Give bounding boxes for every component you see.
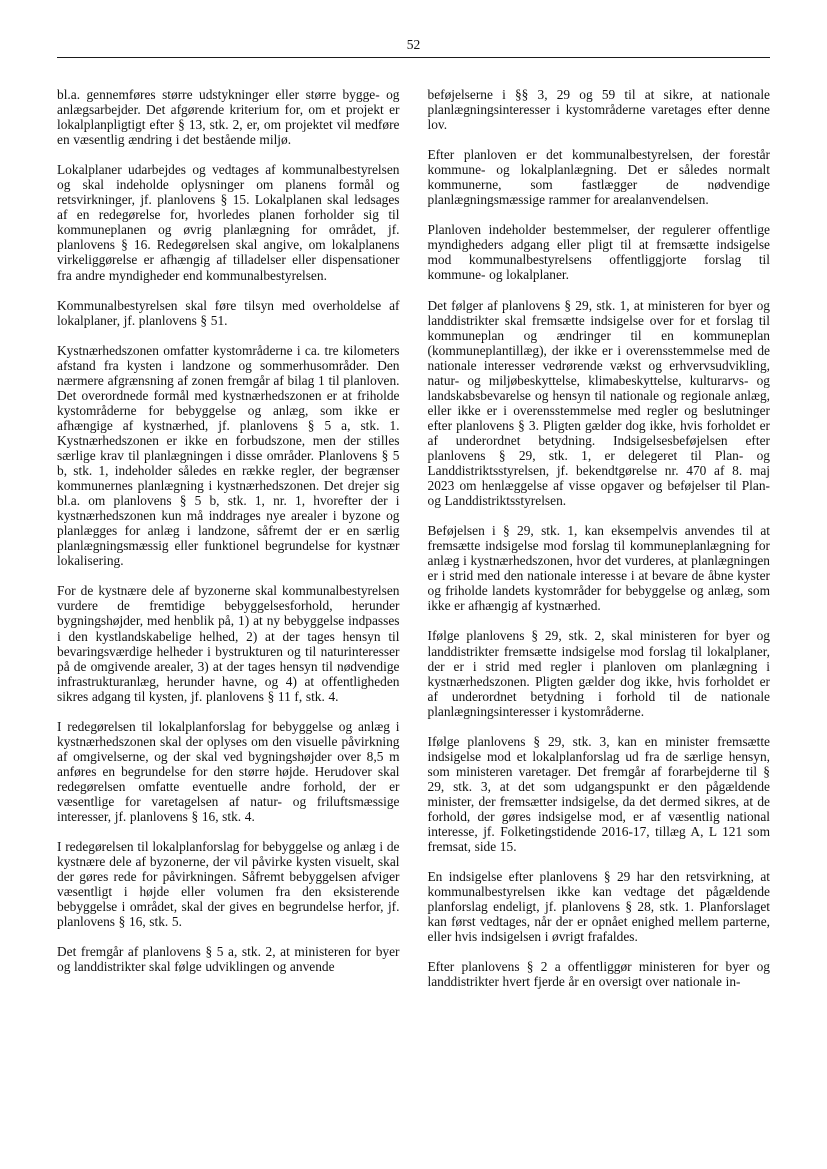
paragraph: Ifølge planlovens § 29, stk. 3, kan en m… bbox=[428, 734, 771, 854]
paragraph: Efter planlovens § 2 a offentliggør mini… bbox=[428, 959, 771, 989]
right-column: beføjelserne i §§ 3, 29 og 59 til at sik… bbox=[428, 87, 771, 989]
paragraph: I redegørelsen til lokalplanforslag for … bbox=[57, 839, 400, 929]
page-header: 52 bbox=[57, 0, 770, 58]
paragraph: Efter planloven er det kommunalbestyrels… bbox=[428, 147, 771, 207]
page-number: 52 bbox=[57, 38, 770, 52]
paragraph: Ifølge planlovens § 29, stk. 2, skal min… bbox=[428, 628, 771, 718]
paragraph: Beføjelsen i § 29, stk. 1, kan eksempelv… bbox=[428, 523, 771, 613]
paragraph: Lokalplaner udarbejdes og vedtages af ko… bbox=[57, 162, 400, 282]
paragraph: beføjelserne i §§ 3, 29 og 59 til at sik… bbox=[428, 87, 771, 132]
header-rule bbox=[57, 57, 770, 58]
paragraph: Planloven indeholder bestemmelser, der r… bbox=[428, 222, 771, 282]
paragraph: Kommunalbestyrelsen skal føre tilsyn med… bbox=[57, 298, 400, 328]
text-columns: bl.a. gennemføres større udstykninger el… bbox=[57, 87, 770, 989]
paragraph: For de kystnære dele af byzonerne skal k… bbox=[57, 583, 400, 703]
paragraph: Det følger af planlovens § 29, stk. 1, a… bbox=[428, 298, 771, 509]
paragraph: bl.a. gennemføres større udstykninger el… bbox=[57, 87, 400, 147]
left-column: bl.a. gennemføres større udstykninger el… bbox=[57, 87, 400, 989]
paragraph: En indsigelse efter planlovens § 29 har … bbox=[428, 869, 771, 944]
document-page: 52 bl.a. gennemføres større udstykninger… bbox=[0, 0, 827, 1169]
paragraph: I redegørelsen til lokalplanforslag for … bbox=[57, 719, 400, 824]
paragraph: Kystnærhedszonen omfatter kystområderne … bbox=[57, 343, 400, 569]
paragraph: Det fremgår af planlovens § 5 a, stk. 2,… bbox=[57, 944, 400, 974]
